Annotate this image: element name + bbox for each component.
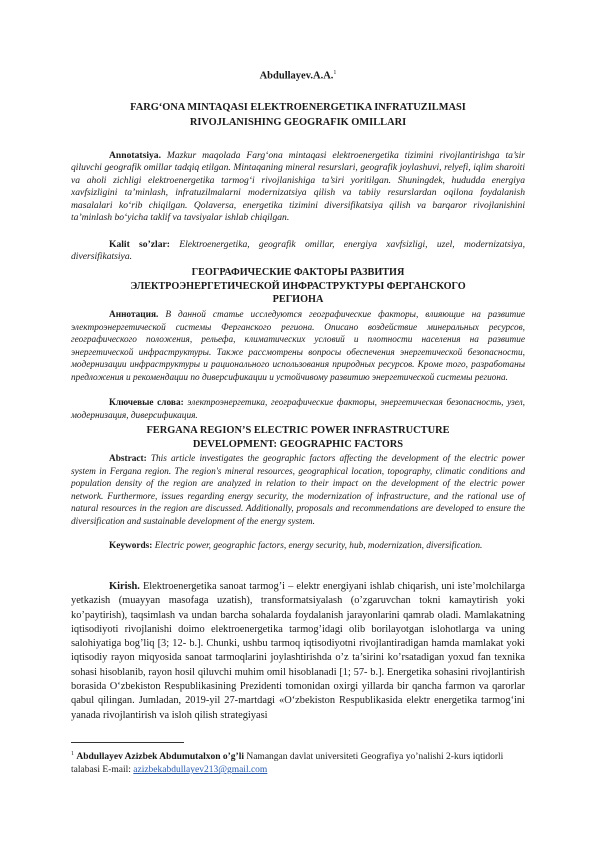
footnote-number: 1 — [71, 751, 74, 757]
author-name: Abdullayev.A.A. — [260, 71, 334, 82]
title-uzbek-line-1: FARG‘ONA MINTAQASI ELEKTROENERGETIKA INF… — [71, 100, 525, 115]
keywords-english: Keywords: Electric power, geographic fac… — [71, 540, 525, 553]
title-english-line-1: FERGANA REGION’S ELECTRIC POWER INFRASTR… — [71, 424, 525, 438]
title-english: FERGANA REGION’S ELECTRIC POWER INFRASTR… — [71, 424, 525, 451]
footnote-email-link[interactable]: azizbekabdullayev213@gmail.com — [133, 765, 267, 775]
abstract-uzbek-label: Annotatsiya. — [109, 150, 161, 161]
title-english-line-2: DEVELOPMENT: GEOGRAPHIC FACTORS — [71, 438, 525, 452]
introduction-label: Kirish. — [109, 581, 140, 592]
title-russian-line-2: ЭЛЕКТРОЭНЕРГЕТИЧЕСКОЙ ИНФРАСТРУКТУРЫ ФЕР… — [71, 280, 525, 294]
footnote: 1 Abdullayev Azizbek Abdumutalxon o’g’li… — [71, 748, 525, 777]
keywords-english-label: Keywords: — [109, 541, 152, 551]
keywords-russian: Ключевые слова: электроэнергетика, геогр… — [71, 397, 525, 422]
footnote-separator — [71, 742, 184, 743]
abstract-uzbek: Annotatsiya. Mazkur maqolada Farg‘ona mi… — [71, 150, 525, 224]
title-uzbek-line-2: RIVOJLANISHING GEOGRAFIK OMILLARI — [71, 115, 525, 130]
title-uzbek: FARG‘ONA MINTAQASI ELEKTROENERGETIKA INF… — [71, 100, 525, 130]
title-russian-line-1: ГЕОГРАФИЧЕСКИЕ ФАКТОРЫ РАЗВИТИЯ — [71, 266, 525, 280]
keywords-english-text: Electric power, geographic factors, ener… — [155, 541, 483, 551]
introduction-text: Elektroenergetika sanoat tarmog’i – elek… — [71, 581, 525, 721]
footnote-author-name: Abdullayev Azizbek Abdumutalxon o’g’li — [76, 752, 244, 762]
document-page: Abdullayev.A.A.1 FARG‘ONA MINTAQASI ELEK… — [0, 0, 596, 842]
title-russian: ГЕОГРАФИЧЕСКИЕ ФАКТОРЫ РАЗВИТИЯ ЭЛЕКТРОЭ… — [71, 266, 525, 307]
abstract-russian: Аннотация. В данной статье исследуются г… — [71, 309, 525, 385]
title-russian-line-3: РЕГИОНА — [71, 293, 525, 307]
keywords-uzbek-label: Kalit so’zlar: — [109, 239, 170, 250]
introduction-paragraph: Kirish. Elektroenergetika sanoat tarmog’… — [71, 580, 525, 723]
abstract-russian-label: Аннотация. — [109, 310, 158, 320]
abstract-english-label: Abstract: — [109, 454, 147, 464]
footnote-marker: 1 — [333, 70, 336, 76]
abstract-english: Abstract: This article investigates the … — [71, 453, 525, 529]
keywords-russian-label: Ключевые слова: — [109, 398, 184, 408]
abstract-russian-text: В данной статье исследуются географическ… — [71, 310, 525, 383]
author-line: Abdullayev.A.A.1 — [0, 70, 596, 82]
keywords-uzbek: Kalit so’zlar: Elektroenergetika, geogra… — [71, 239, 525, 264]
abstract-english-text: This article investigates the geographic… — [71, 454, 525, 527]
